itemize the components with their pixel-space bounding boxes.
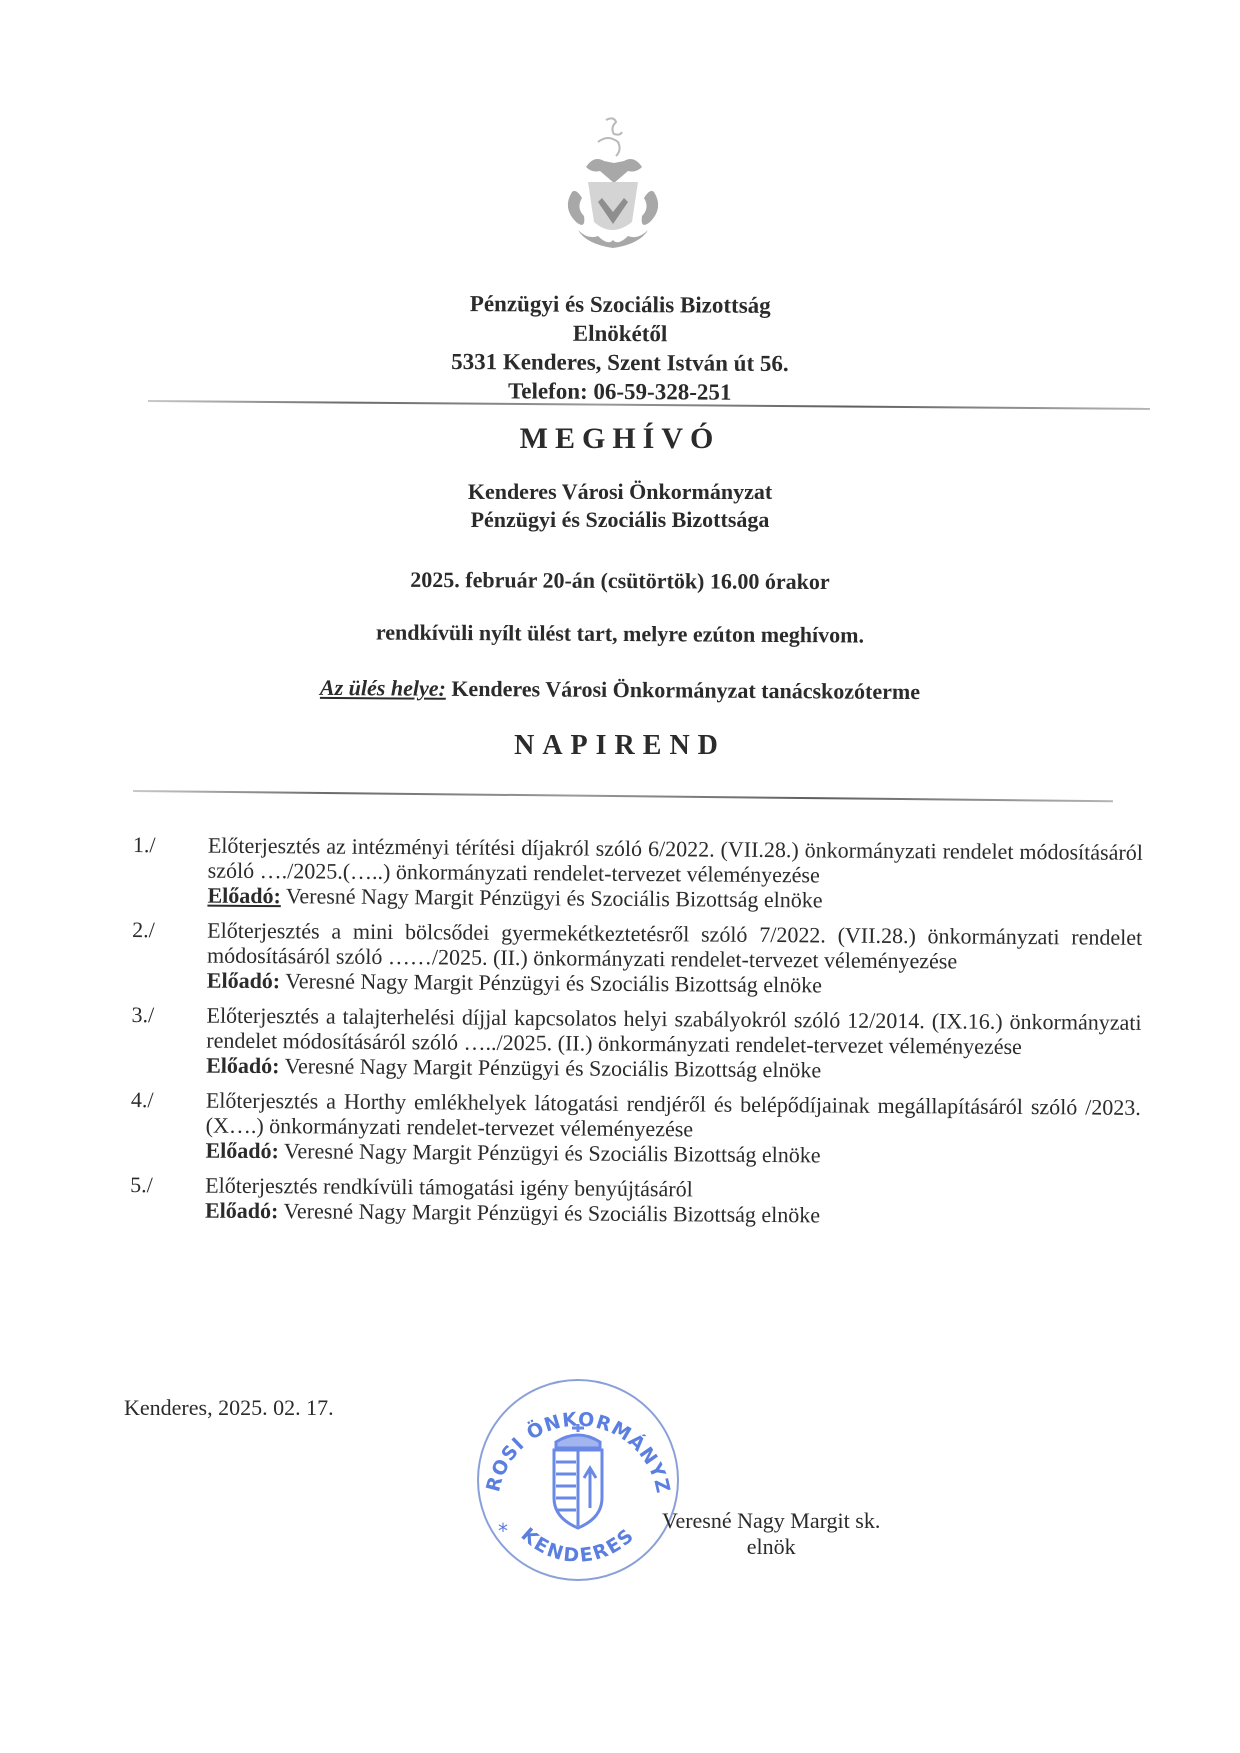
svg-text:VÁROSI ÖNKORMÁNYZAT: VÁROSI ÖNKORMÁNYZAT — [468, 1368, 674, 1496]
presenter-name: Veresné Nagy Margit Pénzügyi és Szociáli… — [283, 1198, 820, 1227]
official-stamp: VÁROSI ÖNKORMÁNYZAT KENDERES * — [468, 1368, 688, 1588]
presenter-label: Előadó: — [205, 1138, 279, 1164]
stamp-top-text: VÁROSI ÖNKORMÁNYZAT — [468, 1368, 674, 1496]
agenda-title: NAPIREND — [0, 730, 1240, 762]
agenda-item: 1./ Előterjesztés az intézményi térítési… — [132, 832, 1143, 915]
agenda-item-text: Előterjesztés a mini bölcsődei gyermekét… — [207, 918, 1142, 975]
presenter-name: Veresné Nagy Margit Pénzügyi és Szociáli… — [286, 883, 823, 912]
organizer-block: Kenderes Városi Önkormányzat Pénzügyi és… — [0, 478, 1240, 534]
presenter-name: Veresné Nagy Margit Pénzügyi és Szociáli… — [285, 1053, 822, 1082]
organizer-line-2: Pénzügyi és Szociális Bizottsága — [0, 506, 1240, 534]
meeting-venue: Az ülés helye: Kenderes Városi Önkormány… — [0, 672, 1240, 709]
agenda-item-text: Előterjesztés a Horthy emlékhelyek látog… — [206, 1088, 1141, 1145]
presenter-label: Előadó: — [207, 968, 281, 994]
signatory-role: elnök — [662, 1534, 880, 1560]
town-crest-logo — [558, 112, 668, 262]
venue-value: Kenderes Városi Önkormányzat tanácskozót… — [451, 676, 920, 704]
agenda-item-text: Előterjesztés a talajterhelési díjjal ka… — [206, 1003, 1141, 1060]
meeting-datetime: 2025. február 20-án (csütörtök) 16.00 ór… — [0, 564, 1240, 598]
organizer-line-1: Kenderes Városi Önkormányzat — [0, 478, 1240, 506]
document-title: MEGHÍVÓ — [0, 422, 1240, 456]
agenda-item-number: 3./ — [131, 1002, 207, 1078]
agenda-item: 4./ Előterjesztés a Horthy emlékhelyek l… — [130, 1087, 1141, 1170]
meeting-invitation-text: rendkívüli nyílt ülést tart, melyre ezút… — [0, 616, 1240, 652]
stamp-bottom-text: KENDERES — [517, 1524, 640, 1567]
agenda-item-number: 5./ — [130, 1172, 205, 1223]
stamp-star: * — [498, 1519, 508, 1543]
agenda-item-number: 1./ — [132, 832, 208, 908]
agenda-item-number: 4./ — [130, 1087, 206, 1163]
presenter-label: Előadó: — [207, 883, 281, 909]
signature-block: Veresné Nagy Margit sk. elnök — [662, 1508, 880, 1560]
presenter-label: Előadó: — [206, 1053, 280, 1079]
svg-text:KENDERES: KENDERES — [517, 1524, 640, 1567]
place-and-date: Kenderes, 2025. 02. 17. — [124, 1395, 334, 1421]
presenter-name: Veresné Nagy Margit Pénzügyi és Szociáli… — [284, 1138, 821, 1167]
venue-label: Az ülés helye: — [320, 675, 446, 701]
agenda-item: 2./ Előterjesztés a mini bölcsődei gyerm… — [132, 917, 1143, 1000]
presenter-label: Előadó: — [205, 1198, 279, 1224]
presenter-name: Veresné Nagy Margit Pénzügyi és Szociáli… — [285, 968, 822, 997]
agenda-item-number: 2./ — [132, 917, 208, 993]
agenda-list: 1./ Előterjesztés az intézményi térítési… — [130, 832, 1143, 1240]
agenda-item: 3./ Előterjesztés a talajterhelési díjja… — [131, 1002, 1142, 1085]
signatory-name: Veresné Nagy Margit sk. — [662, 1508, 880, 1534]
agenda-item-text: Előterjesztés az intézményi térítési díj… — [208, 833, 1143, 890]
agenda-item: 5./ Előterjesztés rendkívüli támogatási … — [130, 1172, 1140, 1230]
agenda-divider — [133, 790, 1113, 802]
coat-of-arms-icon — [554, 1424, 602, 1528]
sender-header: Pénzügyi és Szociális Bizottság Elnökétő… — [0, 286, 1240, 410]
